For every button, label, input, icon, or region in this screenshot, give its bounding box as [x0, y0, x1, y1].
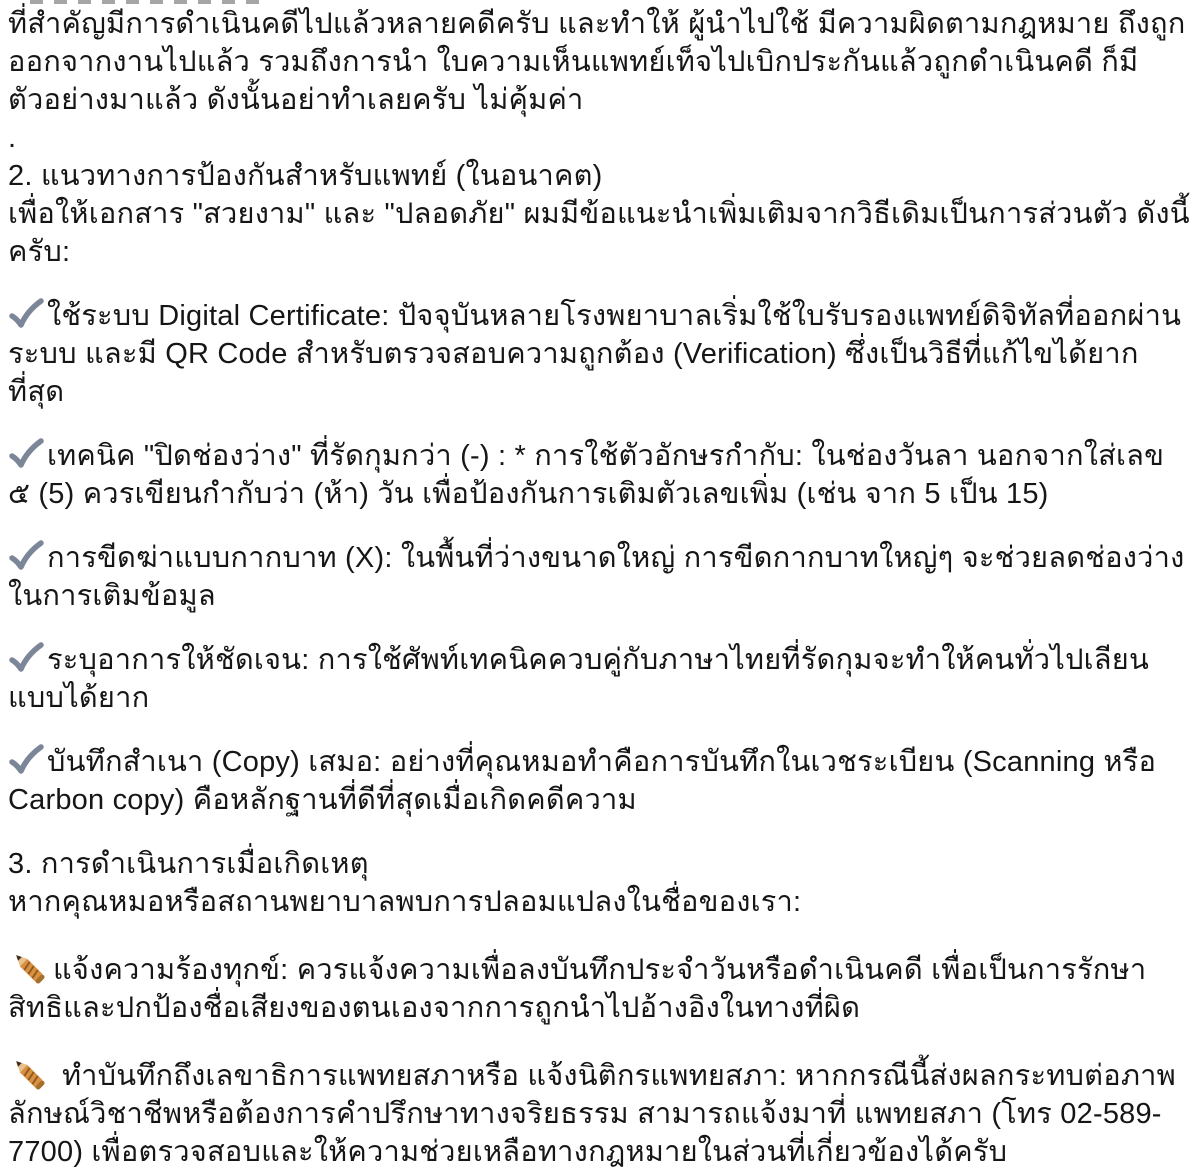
paragraph-text: ใช้ระบบ Digital Certificate: ปัจจุบันหลา…: [8, 300, 1181, 408]
paragraph-text: เทคนิค "ปิดช่องว่าง" ที่รัดกุมกว่า (-) :…: [8, 440, 1164, 510]
paragraph-text: 3. การดำเนินการเมื่อเกิดเหตุ หากคุณหมอหร…: [8, 848, 801, 918]
bullet-paragraph: การขีดฆ่าแบบกากบาท (X): ในพื้นที่ว่างขนา…: [8, 539, 1194, 615]
bullet-paragraph: ทำบันทึกถึงเลขาธิการแพทยสภาหรือ แจ้งนิติ…: [8, 1053, 1194, 1169]
paragraph-text: ระบุอาการให้ชัดเจน: การใช้ศัพท์เทคนิคควบ…: [8, 644, 1149, 714]
pencil-icon: [8, 1053, 50, 1095]
paragraph-text: ที่สำคัญมีการดำเนินคดีไปแล้วหลายคดีครับ …: [8, 8, 1186, 116]
paragraph: .: [8, 119, 1194, 157]
paragraph-text: ทำบันทึกถึงเลขาธิการแพทยสภาหรือ แจ้งนิติ…: [8, 1060, 1176, 1168]
pencil-icon: [8, 947, 50, 989]
paragraph-text: 2. แนวทางการป้องกันสำหรับแพทย์ (ในอนาคต)…: [8, 160, 1190, 268]
section-heading-2: 2. แนวทางการป้องกันสำหรับแพทย์ (ในอนาคต)…: [8, 157, 1194, 271]
paragraph-text: บันทึกสำเนา (Copy) เสมอ: อย่างที่คุณหมอท…: [8, 746, 1156, 816]
paragraph-text: แจ้งความร้องทุกข์: ควรแจ้งความเพื่อลงบัน…: [8, 954, 1146, 1024]
section-heading-3: 3. การดำเนินการเมื่อเกิดเหตุ หากคุณหมอหร…: [8, 845, 1194, 921]
check-icon: [8, 641, 45, 676]
check-icon: [8, 539, 45, 574]
bullet-paragraph: บันทึกสำเนา (Copy) เสมอ: อย่างที่คุณหมอท…: [8, 743, 1194, 819]
bullet-paragraph: ระบุอาการให้ชัดเจน: การใช้ศัพท์เทคนิคควบ…: [8, 641, 1194, 717]
paragraph-text: การขีดฆ่าแบบกากบาท (X): ในพื้นที่ว่างขนา…: [8, 542, 1184, 612]
bullet-paragraph: แจ้งความร้องทุกข์: ควรแจ้งความเพื่อลงบัน…: [8, 947, 1194, 1027]
check-icon: [8, 297, 45, 332]
bullet-paragraph: ใช้ระบบ Digital Certificate: ปัจจุบันหลา…: [8, 297, 1194, 411]
paragraph-text: .: [8, 122, 16, 154]
post-text: ที่สำคัญมีการดำเนินคดีไปแล้วหลายคดีครับ …: [0, 0, 1200, 1169]
check-icon: [8, 743, 45, 778]
check-icon: [8, 437, 45, 472]
paragraph: ที่สำคัญมีการดำเนินคดีไปแล้วหลายคดีครับ …: [8, 5, 1194, 119]
bullet-paragraph: เทคนิค "ปิดช่องว่าง" ที่รัดกุมกว่า (-) :…: [8, 437, 1194, 513]
